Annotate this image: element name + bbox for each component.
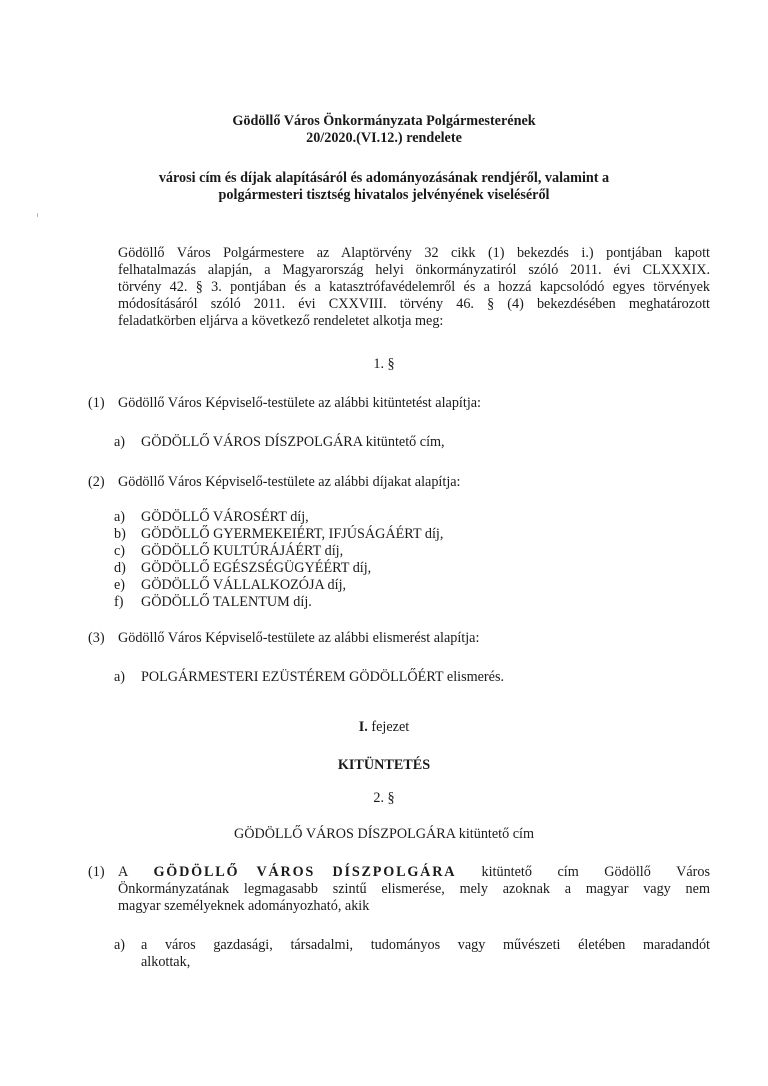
recognition-name: POLGÁRMESTERI EZÜSTÉREM GÖDÖLLŐÉRT bbox=[141, 669, 443, 685]
line-1-rest: kitüntető cím Gödöllő Város bbox=[482, 864, 710, 881]
lead-article: A bbox=[118, 864, 128, 881]
section-2-para-1-line-2: Önkormányzatának legmagasabb szintű elis… bbox=[118, 881, 710, 898]
item-letter: a) bbox=[114, 509, 125, 526]
section-1-para-3-number: (3) bbox=[88, 630, 105, 647]
section-2-para-1-line-1: A GÖDÖLLŐ VÁROS DÍSZPOLGÁRA kitüntető cí… bbox=[118, 864, 710, 881]
item-letter: a) bbox=[114, 669, 125, 686]
item-letter: d) bbox=[114, 560, 126, 577]
prize-name: GÖDÖLLŐ KULTÚRÁJÁÉRT bbox=[141, 543, 321, 559]
section-1-para-3-text: Gödöllő Város Képviselő-testülete az alá… bbox=[118, 630, 479, 647]
section-2-title-name: GÖDÖLLŐ VÁROS DÍSZPOLGÁRA bbox=[234, 826, 455, 842]
prize-name: GÖDÖLLŐ VÁLLALKOZÓJA bbox=[141, 577, 324, 593]
section-2-title-suffix: kitüntető cím bbox=[455, 826, 534, 842]
chapter-word: fejezet bbox=[368, 719, 409, 735]
section-1-para-2-number: (2) bbox=[88, 474, 105, 491]
item-letter: b) bbox=[114, 526, 126, 543]
preamble-line-3: törvény 42. § 3. pontjában és a katasztr… bbox=[118, 279, 710, 296]
recognition-item: POLGÁRMESTERI EZÜSTÉREM GÖDÖLLŐÉRT elism… bbox=[141, 669, 504, 686]
prize-item: GÖDÖLLŐ GYERMEKEIÉRT, IFJÚSÁGÁÉRT díj, bbox=[141, 526, 443, 543]
honorary-citizen-title: GÖDÖLLŐ VÁROS DÍSZPOLGÁRA bbox=[153, 864, 456, 881]
item-letter: a) bbox=[114, 937, 125, 954]
prize-name: GÖDÖLLŐ TALENTUM bbox=[141, 594, 290, 610]
item-letter: e) bbox=[114, 577, 125, 594]
chapter-number: I. bbox=[359, 719, 368, 735]
preamble-line-2: felhatalmazás alapján, a Magyarország he… bbox=[118, 262, 710, 279]
decree-issuer: Gödöllő Város Önkormányzata Polgármester… bbox=[0, 113, 768, 130]
award-name: GÖDÖLLŐ VÁROS DÍSZPOLGÁRA bbox=[141, 434, 362, 450]
criteria-item-line-2: alkottak, bbox=[141, 954, 190, 971]
item-letter: c) bbox=[114, 543, 125, 560]
prize-type: díj. bbox=[290, 594, 312, 610]
prize-item: GÖDÖLLŐ EGÉSZSÉGÜGYÉÉRT díj, bbox=[141, 560, 371, 577]
recognition-type: elismerés. bbox=[443, 669, 504, 685]
prize-item: GÖDÖLLŐ TALENTUM díj. bbox=[141, 594, 312, 611]
prize-name: GÖDÖLLŐ GYERMEKEIÉRT, IFJÚSÁGÁÉRT bbox=[141, 526, 421, 542]
section-2-para-1-line-3: magyar személyeknek adományozható, akik bbox=[118, 898, 369, 915]
prize-type: díj, bbox=[349, 560, 371, 576]
section-1-para-1-text: Gödöllő Város Képviselő-testülete az alá… bbox=[118, 395, 481, 412]
preamble-line-1: Gödöllő Város Polgármestere az Alaptörvé… bbox=[118, 245, 710, 262]
section-1-para-1-number: (1) bbox=[88, 395, 105, 412]
preamble-line-5: feladatkörben eljárva a következő rendel… bbox=[118, 313, 443, 330]
award-item: GÖDÖLLŐ VÁROS DÍSZPOLGÁRA kitüntető cím, bbox=[141, 434, 445, 451]
item-letter: f) bbox=[114, 594, 123, 611]
item-letter: a) bbox=[114, 434, 125, 451]
prize-type: díj, bbox=[421, 526, 443, 542]
prize-type: díj, bbox=[324, 577, 346, 593]
prize-item: GÖDÖLLŐ KULTÚRÁJÁÉRT díj, bbox=[141, 543, 343, 560]
prize-type: díj, bbox=[321, 543, 343, 559]
section-1-heading: 1. § bbox=[0, 356, 768, 373]
decree-subject-line-1: városi cím és díjak alapításáról és adom… bbox=[0, 170, 768, 187]
prize-type: díj, bbox=[287, 509, 309, 525]
prize-name: GÖDÖLLŐ EGÉSZSÉGÜGYÉÉRT bbox=[141, 560, 349, 576]
preamble-line-4: módosításáról szóló 2011. évi CXXVIII. t… bbox=[118, 296, 710, 313]
prize-item: GÖDÖLLŐ VÁLLALKOZÓJA díj, bbox=[141, 577, 346, 594]
section-1-para-2-text: Gödöllő Város Képviselő-testülete az alá… bbox=[118, 474, 461, 491]
prize-name: GÖDÖLLŐ VÁROSÉRT bbox=[141, 509, 287, 525]
decree-subject-line-2: polgármesteri tisztség hivatalos jelvény… bbox=[0, 187, 768, 204]
section-2-para-1-number: (1) bbox=[88, 864, 105, 881]
chapter-label: I. fejezet bbox=[0, 719, 768, 736]
prize-item: GÖDÖLLŐ VÁROSÉRT díj, bbox=[141, 509, 309, 526]
scan-mark bbox=[37, 213, 38, 217]
decree-number: 20/2020.(VI.12.) rendelete bbox=[0, 130, 768, 147]
award-type: kitüntető cím, bbox=[362, 434, 444, 450]
section-2-title: GÖDÖLLŐ VÁROS DÍSZPOLGÁRA kitüntető cím bbox=[0, 826, 768, 843]
section-2-heading: 2. § bbox=[0, 790, 768, 807]
chapter-title: KITÜNTETÉS bbox=[0, 757, 768, 774]
criteria-item-line-1: a város gazdasági, társadalmi, tudományo… bbox=[141, 937, 710, 954]
